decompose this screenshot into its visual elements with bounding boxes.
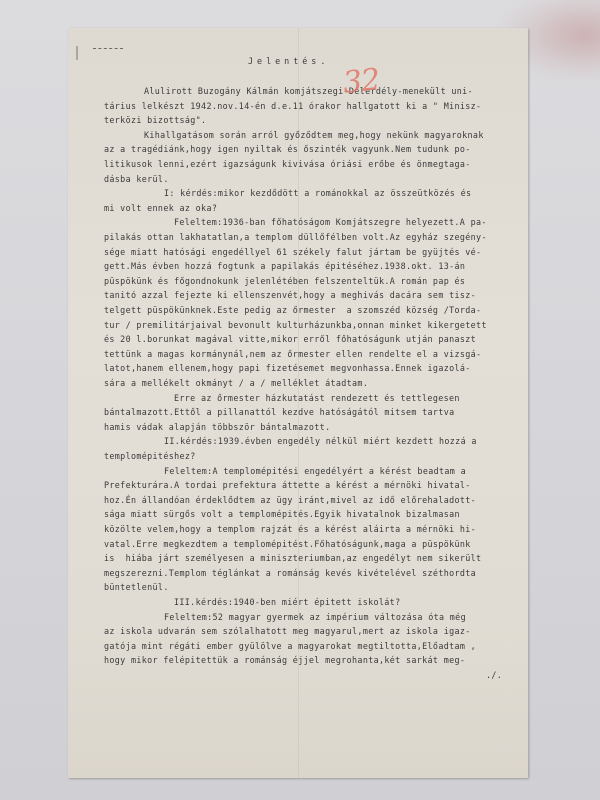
text-line: dásba kerül.: [104, 173, 169, 186]
text-line: sága miatt sürgős volt a templomépités.E…: [104, 508, 460, 521]
text-line: tettünk a magas kormánynál,nem az őrmest…: [104, 348, 481, 361]
text-line: hoz.Én állandóan érdeklődtem az ügy irán…: [104, 494, 476, 507]
continuation-mark: ./.: [486, 669, 502, 682]
text-line: Feleltem:A templomépitési engedélyért a …: [164, 465, 466, 478]
text-line: az iskola udvarán sem szólalhatott meg m…: [104, 625, 471, 638]
text-line: Kihallgatásom során arról győződtem meg,…: [144, 129, 484, 142]
text-line: pilakás ottan lakhatatlan,a templom düll…: [104, 231, 487, 244]
text-line: gatója mint régáti ember gyülölve a magy…: [104, 640, 476, 653]
text-line: latot,hanem ellenem,hogy papi fizetéseme…: [104, 362, 471, 375]
text-line: és 20 l.borunkat magával vitte,mikor err…: [104, 333, 476, 346]
document-title: Jelentés.: [248, 55, 329, 68]
text-line: III.kérdés:1940-ben miért épitett iskolá…: [174, 596, 400, 609]
text-line: az a tragédiánk,hogy igen nyiltak és ősz…: [104, 143, 471, 156]
text-line: hamis vádak alapján többször bántalmazot…: [104, 421, 330, 434]
text-line: bántalmazott.Ettől a pillanattól kezdve …: [104, 406, 455, 419]
text-line: templomépitéshez?: [104, 450, 196, 463]
text-line: terközi bizottság".: [104, 114, 206, 127]
text-line: is hiába járt személyesen a miniszterium…: [104, 552, 481, 565]
handwritten-page-number: 32: [341, 62, 381, 101]
text-line: tur / premilitárjaival bevonult kulturhá…: [104, 319, 487, 332]
text-line: Prefekturára.A tordai prefektura áttette…: [104, 479, 471, 492]
text-line: tárius lelkészt 1942.nov.14-én d.e.11 ór…: [104, 100, 481, 113]
text-line: tanitó azzal fejezte ki ellenszenvét,hog…: [104, 289, 476, 302]
text-line: püspökünk és főgondnokunk jelenlétében f…: [104, 275, 465, 288]
text-line: büntetlenül.: [104, 581, 169, 594]
document-page: Jelentés. Alulirott Buzogány Kálmán komj…: [68, 28, 528, 778]
text-line: litikusok lenni,ezért igazságunk kivivás…: [104, 158, 471, 171]
text-line: vatal.Erre megkezdtem a templomépitést.F…: [104, 538, 471, 551]
text-line: gett.Más évben hozzá fogtunk a papilakás…: [104, 260, 465, 273]
text-line: mi volt ennek az oka?: [104, 202, 217, 215]
text-line: II.kérdés:1939.évben engedély nélkül mié…: [164, 435, 477, 448]
text-line: közölte velem,hogy a templom rajzát és a…: [104, 523, 476, 536]
text-line: Alulirott Buzogány Kálmán komjátszegi-Dé…: [144, 85, 473, 98]
typed-text: Jelentés. Alulirott Buzogány Kálmán komj…: [68, 28, 528, 107]
text-line: sára a mellékelt okmányt / a / melléklet…: [104, 377, 368, 390]
text-line: Feleltem:52 magyar gyermek az impérium v…: [164, 611, 466, 624]
text-line: I: kérdés:mikor kezdődött a románokkal a…: [164, 187, 471, 200]
text-line: hogy mikor felépitettük a románság éjjel…: [104, 654, 465, 667]
text-line: Feleltem:1936-ban főhatóságom Komjátszeg…: [174, 216, 487, 229]
text-line: Erre az őrmester házkutatást rendezett é…: [174, 392, 460, 405]
text-line: telgett püspökünknek.Este pedig az őrmes…: [104, 304, 481, 317]
text-line: megszerezni.Templom téglánkat a románság…: [104, 567, 476, 580]
text-line: sége miatt hatósági engedéllyel 61 széke…: [104, 246, 481, 259]
